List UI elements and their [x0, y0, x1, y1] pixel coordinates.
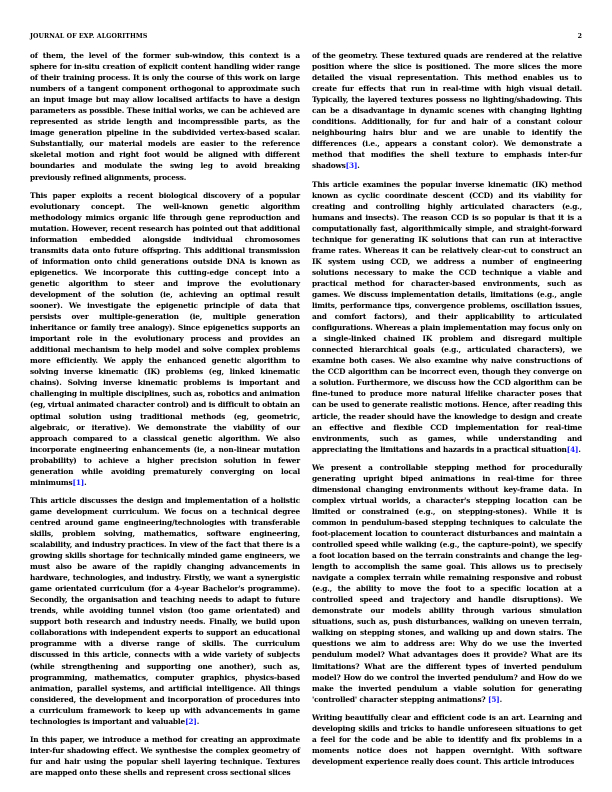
body-columns: of them, the level of the former sub-win…	[30, 50, 582, 785]
paragraph-text: Writing beautifully clear and efficient …	[312, 713, 582, 766]
citation-link[interactable]: [5]	[488, 695, 500, 704]
paragraph: Writing beautifully clear and efficient …	[312, 712, 582, 767]
left-column: of them, the level of the former sub-win…	[30, 50, 300, 785]
citation-link[interactable]: [4]	[567, 445, 579, 454]
page-number: 2	[578, 33, 582, 40]
paragraph-text: of them, the level of the former sub-win…	[30, 51, 300, 182]
citation-link[interactable]: [3]	[346, 161, 358, 170]
journal-title: JOURNAL OF EXP. ALGORITHMS	[30, 33, 147, 40]
paragraph-text: of the geometry. These textured quads ar…	[312, 51, 582, 170]
paragraph-text: This paper exploits a recent biological …	[30, 191, 300, 487]
paragraph-text: We present a controllable stepping metho…	[312, 463, 582, 704]
running-header: JOURNAL OF EXP. ALGORITHMS 2	[30, 30, 582, 42]
paragraph: We present a controllable stepping metho…	[312, 462, 582, 705]
paragraph: This article discusses the design and im…	[30, 495, 300, 727]
citation-link[interactable]: [2]	[185, 717, 197, 726]
citation-link[interactable]: [1]	[73, 478, 85, 487]
paragraph: In this paper, we introduce a method for…	[30, 734, 300, 778]
right-column: of the geometry. These textured quads ar…	[312, 50, 582, 785]
paragraph: This article examines the popular invers…	[312, 179, 582, 455]
paragraph-text: This article examines the popular invers…	[312, 180, 582, 454]
paragraph: of them, the level of the former sub-win…	[30, 50, 300, 183]
paragraph: This paper exploits a recent biological …	[30, 190, 300, 488]
paragraph-text: This article discusses the design and im…	[30, 496, 300, 726]
paragraph: of the geometry. These textured quads ar…	[312, 50, 582, 172]
paragraph-text: In this paper, we introduce a method for…	[30, 735, 300, 777]
